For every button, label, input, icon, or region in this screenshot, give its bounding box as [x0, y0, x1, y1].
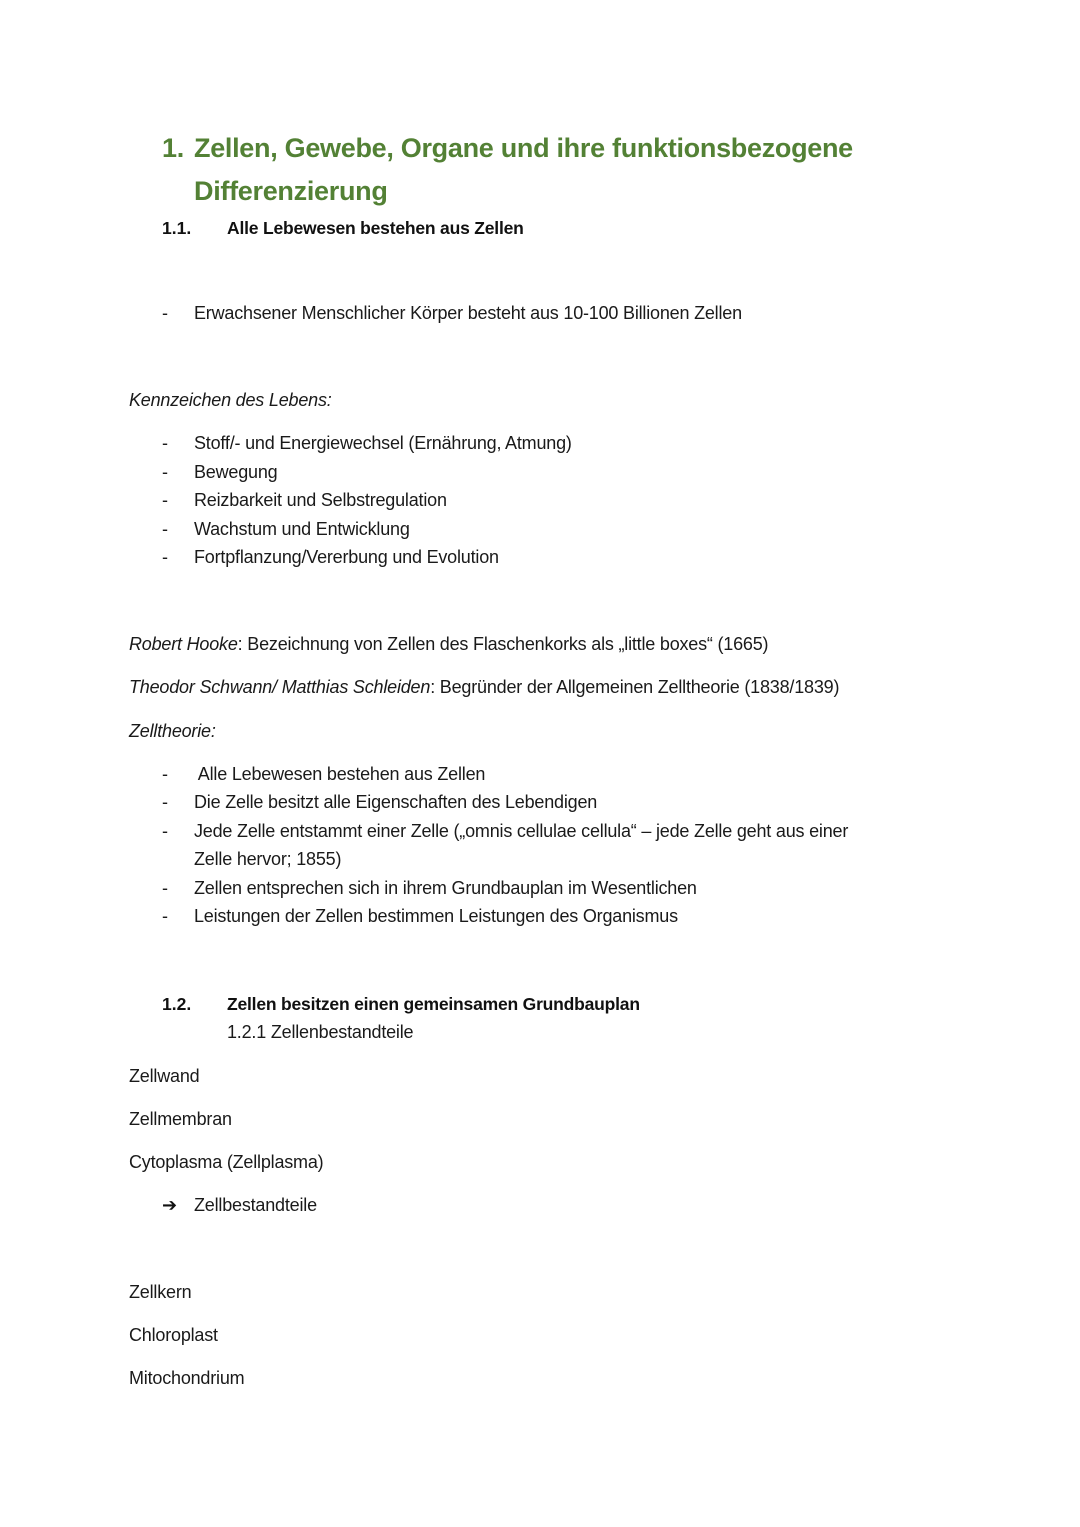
- heading1-line2: Differenzierung: [194, 176, 388, 207]
- list-item: Bewegung: [194, 462, 277, 483]
- bullet-dash: -: [162, 906, 168, 927]
- history-line-hooke: Robert Hooke: Bezeichnung von Zellen des…: [129, 634, 768, 655]
- list-item: Erwachsener Menschlicher Körper besteht …: [194, 303, 742, 324]
- cell-part-item: Zellmembran: [129, 1109, 232, 1130]
- list-item-continuation: Zelle hervor; 1855): [194, 849, 341, 870]
- arrow-right-icon: ➔: [162, 1195, 177, 1216]
- bullet-dash: -: [162, 792, 168, 813]
- cell-part-item: Cytoplasma (Zellplasma): [129, 1152, 323, 1173]
- list-item: Reizbarkeit und Selbstregulation: [194, 490, 447, 511]
- list-item: Stoff/- und Energiewechsel (Ernährung, A…: [194, 433, 572, 454]
- bullet-dash: -: [162, 821, 168, 842]
- list-item: Alle Lebewesen bestehen aus Zellen: [194, 764, 485, 785]
- zelltheorie-label: Zelltheorie:: [129, 721, 216, 742]
- section-1-1-number: 1.1.: [162, 218, 191, 239]
- heading1-line1: Zellen, Gewebe, Organe und ihre funktion…: [194, 133, 853, 164]
- bullet-dash: -: [162, 878, 168, 899]
- section-1-1-title: Alle Lebewesen bestehen aus Zellen: [227, 218, 524, 239]
- bullet-dash: -: [162, 303, 168, 324]
- cell-part-item: Mitochondrium: [129, 1368, 244, 1389]
- list-item: Zellen entsprechen sich in ihrem Grundba…: [194, 878, 697, 899]
- section-1-2-title: Zellen besitzen einen gemeinsamen Grundb…: [227, 994, 640, 1015]
- cell-part-item: Zellkern: [129, 1282, 191, 1303]
- cell-part-item: Chloroplast: [129, 1325, 218, 1346]
- history-text: : Bezeichnung von Zellen des Flaschenkor…: [238, 634, 769, 654]
- list-item: Wachstum und Entwicklung: [194, 519, 410, 540]
- bullet-dash: -: [162, 462, 168, 483]
- bullet-dash: -: [162, 764, 168, 785]
- subsection-1-2-1-title: 1.2.1 Zellenbestandteile: [227, 1022, 413, 1043]
- list-item: Die Zelle besitzt alle Eigenschaften des…: [194, 792, 597, 813]
- list-item: Fortpflanzung/Vererbung und Evolution: [194, 547, 499, 568]
- history-text: : Begründer der Allgemeinen Zelltheorie …: [430, 677, 839, 697]
- section-1-2-number: 1.2.: [162, 994, 191, 1015]
- person-name: Theodor Schwann/ Matthias Schleiden: [129, 677, 430, 697]
- list-item: Jede Zelle entstammt einer Zelle („omnis…: [194, 821, 848, 842]
- heading1-number: 1.: [162, 133, 184, 164]
- bullet-dash: -: [162, 547, 168, 568]
- list-item: Leistungen der Zellen bestimmen Leistung…: [194, 906, 678, 927]
- arrow-item: Zellbestandteile: [194, 1195, 317, 1216]
- cell-part-item: Zellwand: [129, 1066, 199, 1087]
- bullet-dash: -: [162, 433, 168, 454]
- kennzeichen-label: Kennzeichen des Lebens:: [129, 390, 332, 411]
- history-line-schwann-schleiden: Theodor Schwann/ Matthias Schleiden: Beg…: [129, 677, 839, 698]
- bullet-dash: -: [162, 519, 168, 540]
- bullet-dash: -: [162, 490, 168, 511]
- person-name: Robert Hooke: [129, 634, 238, 654]
